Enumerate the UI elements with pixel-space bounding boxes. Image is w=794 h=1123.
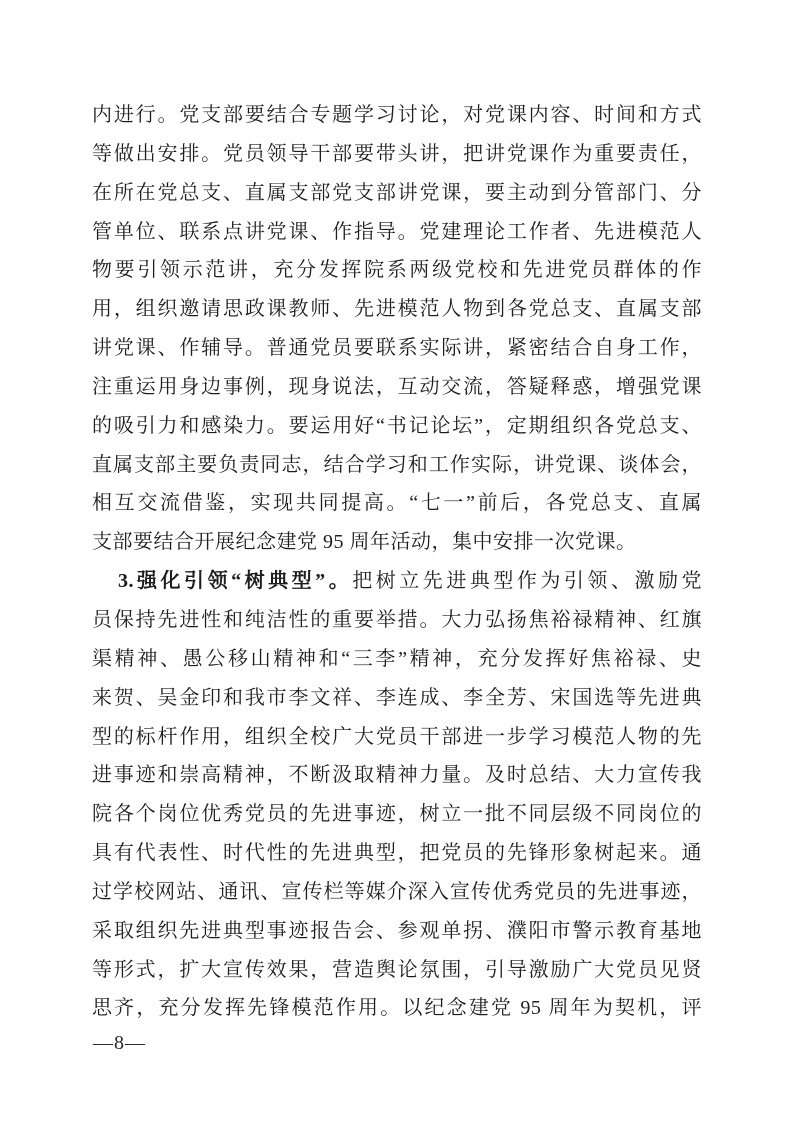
- page-number: —8—: [93, 1031, 146, 1055]
- text-line: 过学校网站、通讯、宣传栏等媒介深入宣传优秀党员的先进事迹，: [92, 873, 702, 912]
- text-block: 内进行。党支部要结合专题学习讨论，对党课内容、时间和方式等做出安排。党员领导干部…: [92, 96, 702, 1028]
- text-line: 3.强化引领“树典型”。把树立先进典型作为引领、激励党: [92, 562, 702, 601]
- text-line: 在所在党总支、直属支部党支部讲党课，要主动到分管部门、分: [92, 174, 702, 213]
- text-line: 等做出安排。党员领导干部要带头讲，把讲党课作为重要责任，: [92, 135, 702, 174]
- text-line: 采取组织先进典型事迹报告会、参观单拐、濮阳市警示教育基地: [92, 912, 702, 951]
- text-line: 管单位、联系点讲党课、作指导。党建理论工作者、先进模范人: [92, 213, 702, 252]
- text-line: 等形式，扩大宣传效果，营造舆论氛围，引导激励广大党员见贤: [92, 951, 702, 990]
- text-line: 进事迹和崇高精神，不断汲取精神力量。及时总结、大力宣传我: [92, 756, 702, 795]
- text-line: 用，组织邀请思政课教师、先进模范人物到各党总支、直属支部: [92, 290, 702, 329]
- text-line: 相互交流借鉴，实现共同提高。“七一”前后，各党总支、直属: [92, 484, 702, 523]
- text-line: 内进行。党支部要结合专题学习讨论，对党课内容、时间和方式: [92, 96, 702, 135]
- text-line: 支部要结合开展纪念建党 95 周年活动，集中安排一次党课。: [92, 523, 702, 562]
- text-line: 思齐，充分发挥先锋模范作用。以纪念建党 95 周年为契机，评: [92, 989, 702, 1028]
- text-line: 物要引领示范讲，充分发挥院系两级党校和先进党员群体的作: [92, 251, 702, 290]
- text-line: 员保持先进性和纯洁性的重要举措。大力弘扬焦裕禄精神、红旗: [92, 601, 702, 640]
- paragraph-heading: 3.强化引领“树典型”。: [118, 570, 352, 592]
- text-line: 院各个岗位优秀党员的先进事迹，树立一批不同层级不同岗位的: [92, 795, 702, 834]
- text-line: 具有代表性、时代性的先进典型，把党员的先锋形象树起来。通: [92, 834, 702, 873]
- text-line: 直属支部主要负责同志，结合学习和工作实际，讲党课、谈体会，: [92, 446, 702, 485]
- text-line: 讲党课、作辅导。普通党员要联系实际讲，紧密结合自身工作，: [92, 329, 702, 368]
- document-page: 内进行。党支部要结合专题学习讨论，对党课内容、时间和方式等做出安排。党员领导干部…: [0, 0, 794, 1123]
- text-line: 注重运用身边事例，现身说法，互动交流，答疑释惑，增强党课: [92, 368, 702, 407]
- text-line: 的吸引力和感染力。要运用好“书记论坛”，定期组织各党总支、: [92, 407, 702, 446]
- text-line: 型的标杆作用，组织全校广大党员干部进一步学习模范人物的先: [92, 718, 702, 757]
- text-line: 来贺、吴金印和我市李文祥、李连成、李全芳、宋国选等先进典: [92, 679, 702, 718]
- text-line: 渠精神、愚公移山精神和“三李”精神，充分发挥好焦裕禄、史: [92, 640, 702, 679]
